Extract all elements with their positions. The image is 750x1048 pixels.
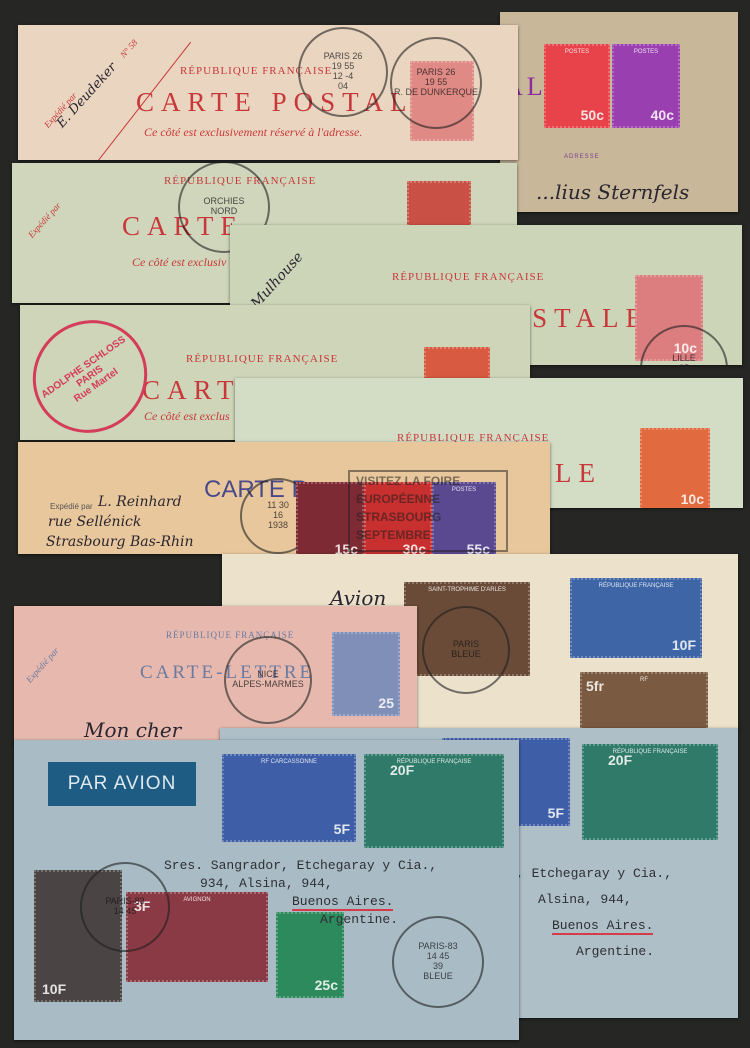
postmark-paris-26: PARIS 2619 5512 -404 — [298, 27, 388, 117]
stamp-25: 25 — [332, 632, 400, 716]
postal-card-7: CARTE P Expédié par L. Reinhard rue Sell… — [18, 442, 550, 554]
card-subtitle: Ce côté est exclusivement réservé à l'ad… — [144, 125, 362, 140]
handwritten-address: ...lius Sternfels — [536, 180, 689, 204]
sender-city: Strasbourg Bas-Rhin — [46, 534, 194, 550]
address-line-4: Argentine. — [576, 944, 654, 959]
address-line-4: Argentine. — [320, 912, 398, 927]
address-label: ADRESSE — [564, 154, 600, 160]
address-line-2: Alsina, 944, — [538, 892, 632, 907]
postmark-paris-83-left: PARIS-8314 45 — [80, 862, 170, 952]
postal-card-2: AL POSTES50c POSTES40c ADRESSE ...lius S… — [500, 12, 738, 212]
card-title-fragment: LE — [555, 458, 602, 489]
stamp-10c: 10c — [640, 428, 710, 508]
address-line-3: Buenos Aires. — [292, 894, 393, 911]
handwritten-greeting: Mon cher — [84, 718, 181, 742]
stamp-20f-saint-malo: RÉPUBLIQUE FRANÇAISE20F — [364, 754, 504, 848]
postmark-paris-83: PARIS-8314 4539BLEUE — [392, 916, 484, 1008]
carte-lettre-9: RÉPUBLIQUE FRANÇAISE CARTE-LETTRE Expédi… — [14, 606, 417, 746]
postmark-paris-26-second: PARIS 2619 55R. DE DUNKERQUE — [390, 37, 482, 129]
postmark-paris-bleue: PARISBLEUE — [422, 606, 510, 694]
address-line-1: Sres. Sangrador, Etchegaray y Cia., — [164, 858, 437, 873]
sender-street: rue Sellénick — [48, 514, 141, 530]
slogan-cancel: VISITEZ LA FOIREEUROPÉENNE STRASBOURGSEP… — [348, 470, 508, 552]
card-subtitle: Ce côté est exclusiv — [132, 255, 226, 270]
sender-handwriting: E. Deudeker — [54, 60, 120, 131]
sender-handwriting: Mulhouse — [248, 249, 307, 312]
republique-header: RÉPUBLIQUE FRANÇAISE — [186, 353, 338, 365]
par-avion-label: PAR AVION — [48, 762, 196, 806]
sender-label: Expédié par — [24, 645, 61, 684]
postal-card-1: RÉPUBLIQUE FRANÇAISE CARTE POSTALE Ce cô… — [18, 25, 518, 160]
sender-label: Expédié par — [26, 200, 63, 239]
address-line-1: , Etchegaray y Cia., — [516, 866, 672, 881]
number-label: N° 58 — [118, 37, 139, 59]
stamp-10f-la-rochelle: RÉPUBLIQUE FRANÇAISE10F — [570, 578, 702, 658]
stamp-20f-b: RÉPUBLIQUE FRANÇAISE20F — [582, 744, 718, 840]
airmail-cover-1: PAR AVION RF CARCASSONNE5F RÉPUBLIQUE FR… — [14, 740, 519, 1040]
republique-header: RÉPUBLIQUE FRANÇAISE — [392, 271, 544, 283]
sender-label: Expédié par — [50, 502, 93, 511]
card-subtitle: Ce côté est exclus — [144, 409, 230, 424]
postmark-nice: NICEALPES-MARMES — [224, 636, 312, 724]
stamp-5fr-mont-saint-michel: RF5fr — [580, 672, 708, 730]
stamp-40c: POSTES40c — [612, 44, 680, 128]
address-line-3: Buenos Aires. — [552, 918, 653, 935]
stamp-50c: POSTES50c — [544, 44, 610, 128]
stamp-5f-carcassonne: RF CARCASSONNE5F — [222, 754, 356, 842]
address-line-2: 934, Alsina, 944, — [200, 876, 333, 891]
sender-name: L. Reinhard — [98, 494, 182, 510]
